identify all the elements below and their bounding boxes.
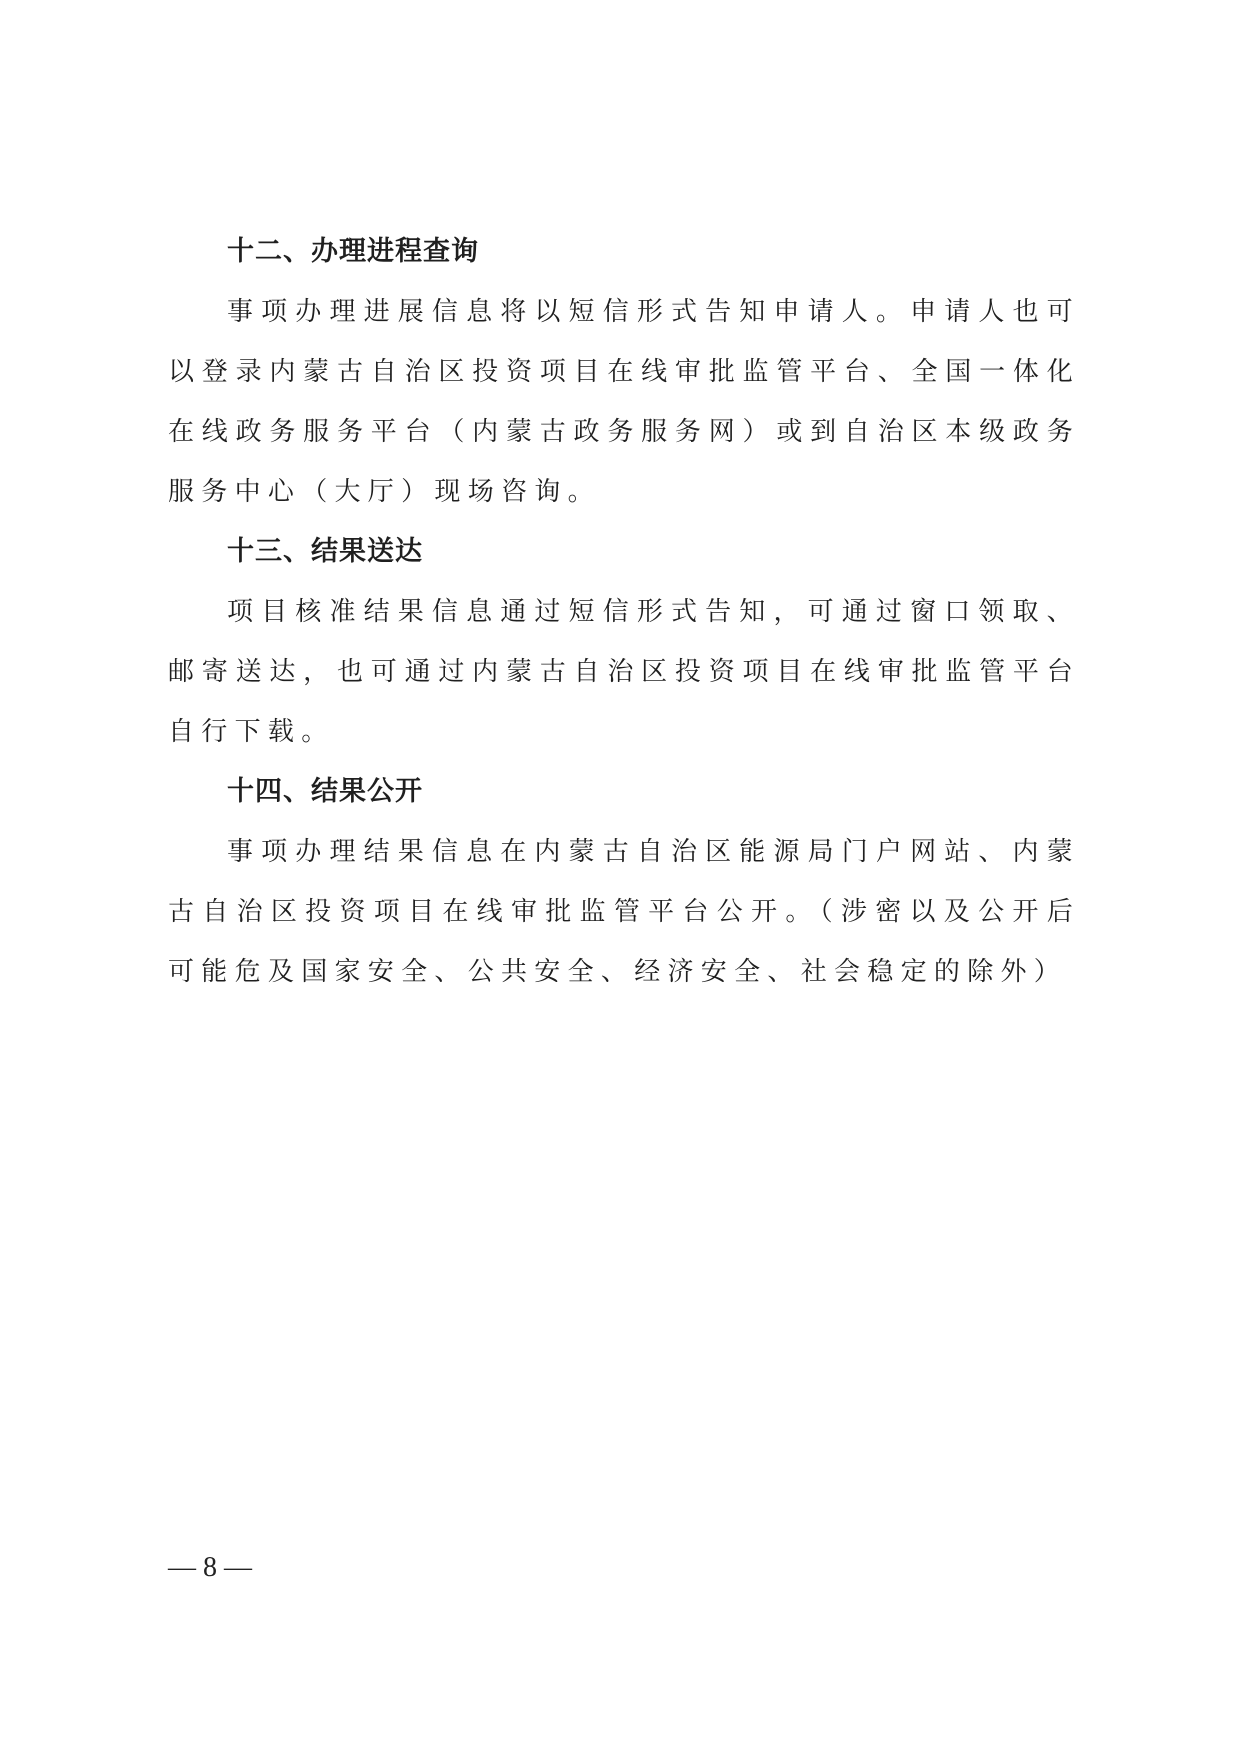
section-result-disclosure: 十四、结果公开 事项办理结果信息在内蒙古自治区能源局门户网站、内蒙古自治区投资项… <box>168 762 1080 1002</box>
section-body: 项目核准结果信息通过短信形式告知，可通过窗口领取、邮寄送达，也可通过内蒙古自治区… <box>168 582 1080 762</box>
section-heading: 十二、办理进程查询 <box>168 222 1080 282</box>
page-number: — 8 — <box>168 1552 252 1584</box>
section-body: 事项办理进展信息将以短信形式告知申请人。申请人也可以登录内蒙古自治区投资项目在线… <box>168 282 1080 522</box>
section-progress-inquiry: 十二、办理进程查询 事项办理进展信息将以短信形式告知申请人。申请人也可以登录内蒙… <box>168 222 1080 522</box>
section-heading: 十四、结果公开 <box>168 762 1080 822</box>
document-page: 十二、办理进程查询 事项办理进展信息将以短信形式告知申请人。申请人也可以登录内蒙… <box>168 222 1080 1002</box>
section-body: 事项办理结果信息在内蒙古自治区能源局门户网站、内蒙古自治区投资项目在线审批监管平… <box>168 822 1080 1002</box>
section-heading: 十三、结果送达 <box>168 522 1080 582</box>
section-result-delivery: 十三、结果送达 项目核准结果信息通过短信形式告知，可通过窗口领取、邮寄送达，也可… <box>168 522 1080 762</box>
